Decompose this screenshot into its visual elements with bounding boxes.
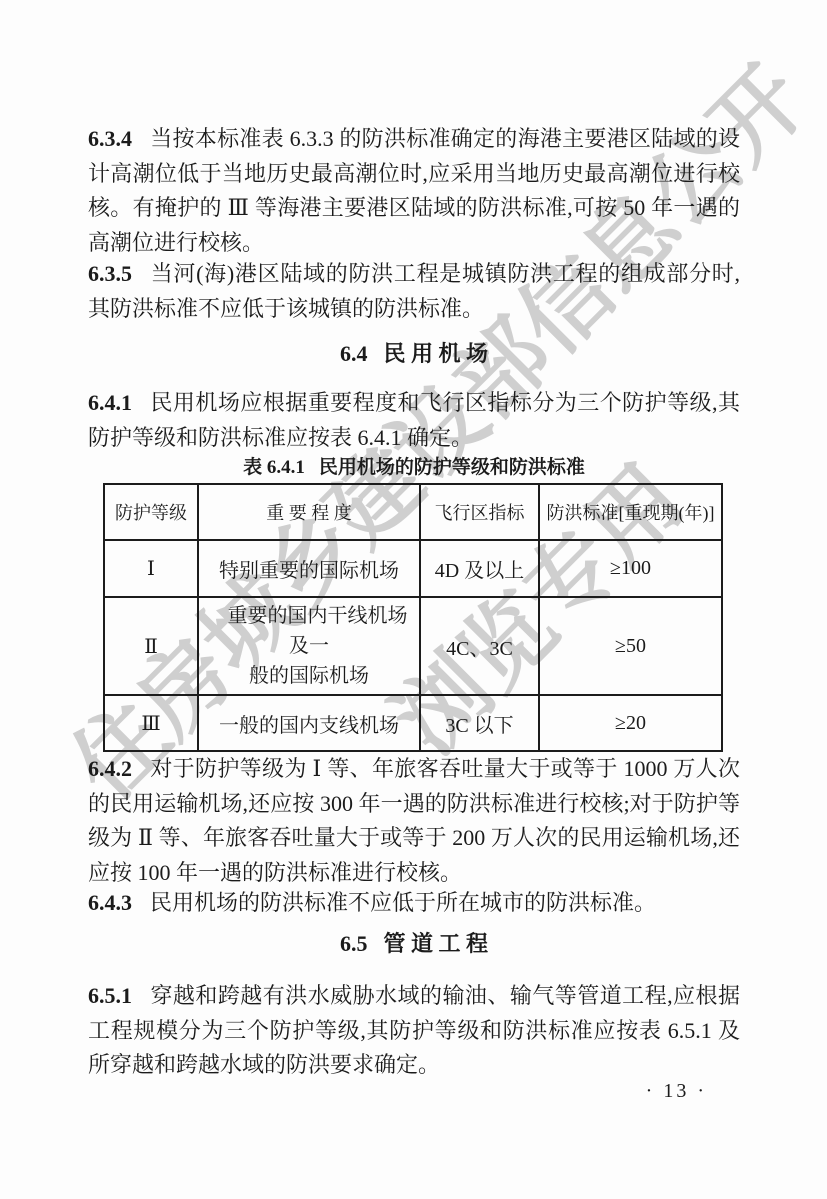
clause-6-3-5: 6.3.5当河(海)港区陆域的防洪工程是城镇防洪工程的组成部分时,其防洪标准不应… bbox=[88, 257, 740, 326]
section-title: 民 用 机 场 bbox=[383, 341, 488, 366]
clause-number: 6.3.5 bbox=[88, 261, 132, 286]
cell-importance: 重要的国内干线机场及一 般的国际机场 bbox=[198, 597, 420, 695]
clause-text: 当河(海)港区陆域的防洪工程是城镇防洪工程的组成部分时,其防洪标准不应低于该城镇… bbox=[88, 261, 740, 321]
cell-grade: Ⅲ bbox=[104, 695, 198, 751]
cell-importance-line1: 重要的国内干线机场及一 bbox=[203, 601, 415, 661]
cell-flight-zone: 3C 以下 bbox=[420, 695, 539, 751]
cell-grade: Ⅱ bbox=[104, 597, 198, 695]
clause-6-5-1: 6.5.1穿越和跨越有洪水威胁水域的输油、输气等管道工程,应根据工程规模分为三个… bbox=[88, 979, 740, 1083]
table-caption-title: 民用机场的防护等级和防洪标准 bbox=[319, 457, 585, 478]
clause-text: 民用机场应根据重要程度和飞行区指标分为三个防护等级,其防护等级和防洪标准应按表 … bbox=[88, 390, 740, 450]
section-number: 6.5 bbox=[340, 931, 368, 956]
section-heading-6-4: 6.4民 用 机 场 bbox=[88, 341, 740, 367]
header-protection-grade: 防护等级 bbox=[104, 484, 198, 540]
document-page: 住房城乡建设部信息公开 浏览专用 6.3.4当按本标准表 6.3.3 的防洪标准… bbox=[0, 0, 827, 1199]
clause-number: 6.5.1 bbox=[88, 983, 132, 1008]
section-number: 6.4 bbox=[340, 341, 368, 366]
cell-grade: Ⅰ bbox=[104, 540, 198, 597]
clause-6-4-3: 6.4.3民用机场的防洪标准不应低于所在城市的防洪标准。 bbox=[88, 886, 740, 921]
table-row: Ⅱ 重要的国内干线机场及一 般的国际机场 4C、3C ≥50 bbox=[104, 597, 722, 695]
table-caption: 表 6.4.1民用机场的防护等级和防洪标准 bbox=[88, 456, 740, 480]
cell-standard: ≥50 bbox=[539, 597, 722, 695]
cell-importance-line2: 般的国际机场 bbox=[203, 661, 415, 691]
page-number: · 13 · bbox=[646, 1080, 707, 1103]
header-flight-zone-index: 飞行区指标 bbox=[420, 484, 539, 540]
cell-flight-zone: 4C、3C bbox=[420, 597, 539, 695]
header-flood-standard: 防洪标准[重现期(年)] bbox=[539, 484, 722, 540]
table-header-row: 防护等级 重 要 程 度 飞行区指标 防洪标准[重现期(年)] bbox=[104, 484, 722, 540]
cell-standard: ≥20 bbox=[539, 695, 722, 751]
table-row: Ⅰ 特别重要的国际机场 4D 及以上 ≥100 bbox=[104, 540, 722, 597]
clause-number: 6.4.2 bbox=[88, 756, 132, 781]
cell-importance: 一般的国内支线机场 bbox=[198, 695, 420, 751]
table-6-4-1: 防护等级 重 要 程 度 飞行区指标 防洪标准[重现期(年)] Ⅰ 特别重要的国… bbox=[103, 483, 723, 752]
section-heading-6-5: 6.5管 道 工 程 bbox=[88, 931, 740, 957]
clause-6-3-4: 6.3.4当按本标准表 6.3.3 的防洪标准确定的海港主要港区陆域的设计高潮位… bbox=[88, 122, 740, 260]
clause-text: 民用机场的防洪标准不应低于所在城市的防洪标准。 bbox=[150, 890, 656, 915]
cell-flight-zone: 4D 及以上 bbox=[420, 540, 539, 597]
clause-6-4-2: 6.4.2对于防护等级为 Ⅰ 等、年旅客吞吐量大于或等于 1000 万人次的民用… bbox=[88, 752, 740, 890]
clause-number: 6.4.3 bbox=[88, 890, 132, 915]
clause-text: 当按本标准表 6.3.3 的防洪标准确定的海港主要港区陆域的设计高潮位低于当地历… bbox=[88, 126, 740, 255]
clause-number: 6.3.4 bbox=[88, 126, 132, 151]
cell-importance: 特别重要的国际机场 bbox=[198, 540, 420, 597]
clause-text: 对于防护等级为 Ⅰ 等、年旅客吞吐量大于或等于 1000 万人次的民用运输机场,… bbox=[88, 756, 740, 885]
clause-text: 穿越和跨越有洪水威胁水域的输油、输气等管道工程,应根据工程规模分为三个防护等级,… bbox=[88, 983, 740, 1077]
section-title: 管 道 工 程 bbox=[383, 931, 488, 956]
table-row: Ⅲ 一般的国内支线机场 3C 以下 ≥20 bbox=[104, 695, 722, 751]
cell-standard: ≥100 bbox=[539, 540, 722, 597]
clause-6-4-1: 6.4.1民用机场应根据重要程度和飞行区指标分为三个防护等级,其防护等级和防洪标… bbox=[88, 386, 740, 455]
header-importance: 重 要 程 度 bbox=[198, 484, 420, 540]
clause-number: 6.4.1 bbox=[88, 390, 132, 415]
table-caption-number: 表 6.4.1 bbox=[243, 457, 305, 478]
